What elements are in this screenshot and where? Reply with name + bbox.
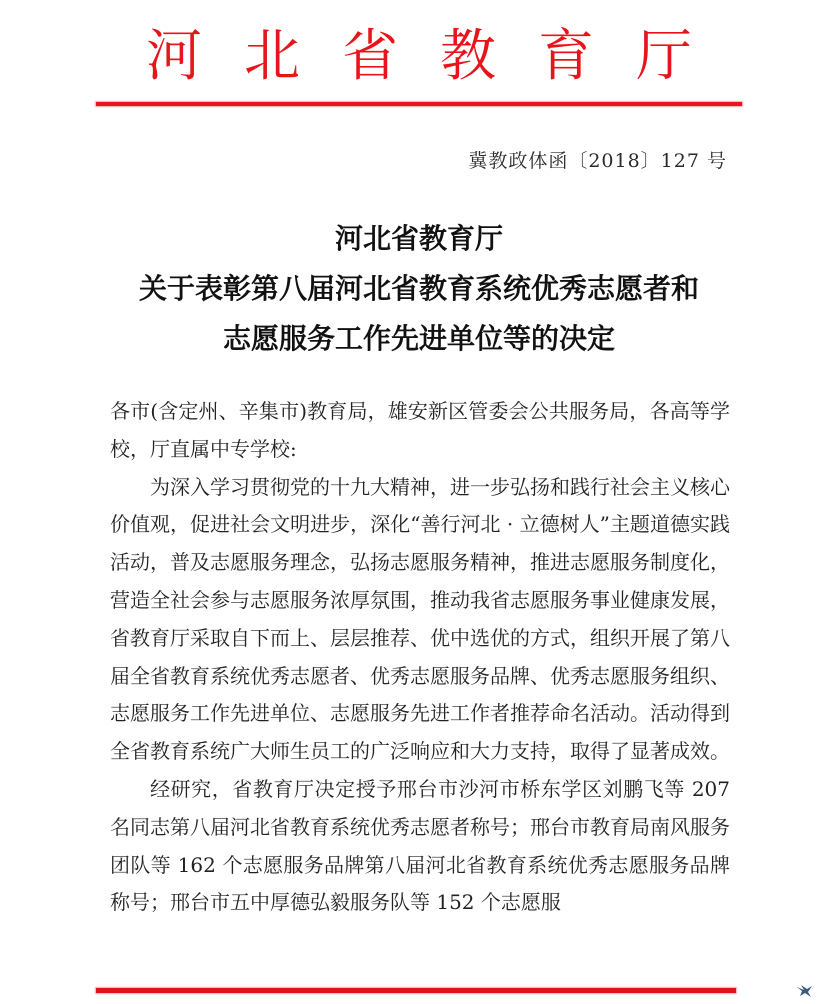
letterhead-char: 厅: [636, 22, 692, 92]
document-title: 河北省教育厅 关于表彰第八届河北省教育系统优秀志愿者和 志愿服务工作先进单位等的…: [96, 214, 742, 364]
letterhead-char: 育: [538, 22, 594, 92]
document-body: 各市(含定州、辛集市)教育局，雄安新区管委会公共服务局，各高等学校，厅直属中专学…: [110, 393, 730, 922]
addressee: 各市(含定州、辛集市)教育局，雄安新区管委会公共服务局，各高等学校，厅直属中专学…: [110, 393, 730, 469]
letterhead-char: 教: [440, 22, 496, 92]
title-line-2: 关于表彰第八届河北省教育系统优秀志愿者和: [96, 264, 742, 314]
letterhead-char: 河: [146, 22, 202, 92]
letterhead-char: 省: [342, 22, 398, 92]
paragraph-background: 为深入学习贯彻党的十九大精神，进一步弘扬和践行社会主义核心价值观，促进社会文明进…: [110, 469, 730, 771]
bird-logo-icon: [796, 984, 814, 1002]
paragraph-decision: 经研究，省教育厅决定授予邢台市沙河市桥东学区刘鹏飞等 207 名同志第八届河北省…: [110, 771, 730, 922]
title-line-3: 志愿服务工作先进单位等的决定: [96, 314, 742, 364]
document-number: 冀教政体函〔2018〕127 号: [468, 146, 727, 173]
letterhead-divider: [96, 102, 742, 106]
bird-logo-svg: [796, 984, 814, 998]
title-line-1: 河北省教育厅: [96, 214, 742, 264]
footer-divider: [96, 988, 736, 993]
letterhead-title: 河 北 省 教 育 厅: [96, 22, 742, 92]
letterhead-char: 北: [244, 22, 300, 92]
